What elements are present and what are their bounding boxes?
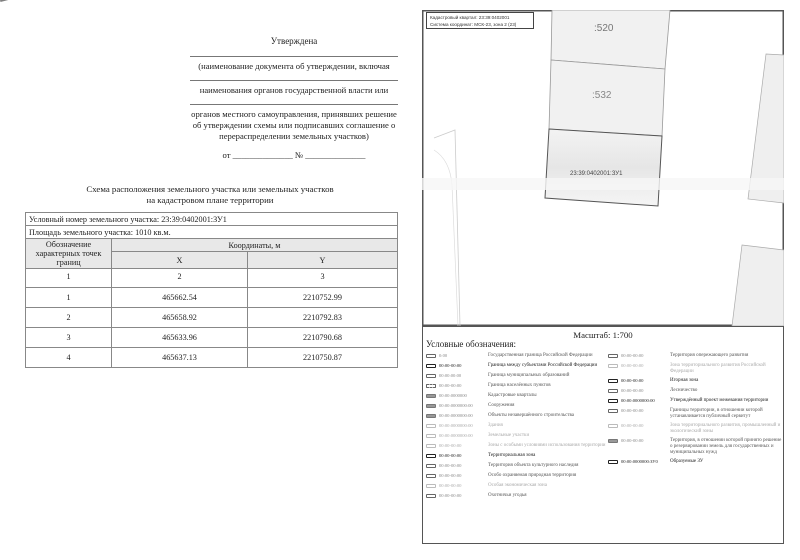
header-y: Y [247, 252, 397, 269]
legend-swatch-icon [426, 414, 436, 418]
legend-item: 00:00-00:00Игорная зона [608, 378, 783, 385]
legend-item: 0:00Государственная граница Российской Ф… [426, 353, 608, 360]
coordinates-table: Условный номер земельного участка: 23:39… [25, 212, 398, 368]
legend-item: 00:00-00:00Граница между субъектами Росс… [426, 363, 608, 370]
cell-point: 2 [26, 308, 112, 328]
table-row: 1465662.542210752.99 [26, 288, 398, 308]
column-index-row: 1 2 3 [26, 269, 398, 288]
legend-swatch-icon [608, 354, 618, 358]
index-cell: 1 [26, 269, 112, 288]
legend-code: 00:00-00:00 [621, 408, 643, 414]
legend-swatch-icon [608, 399, 618, 403]
table-row: 3465633.962210790.68 [26, 328, 398, 348]
legend-label: Земельные участки [488, 433, 529, 440]
legend-item: 00:00:0000000:00Земельные участки [426, 433, 608, 440]
legend-label: Границы территории, в отношении которой … [670, 408, 783, 420]
legend-symbol: 00:00-00:00 [426, 363, 488, 370]
legend-symbol: 00:00-00:00 [426, 443, 488, 450]
legend-symbol: 00:00:0000000:00 [426, 403, 488, 410]
legend-label: Образуемые ЗУ [670, 459, 703, 466]
legend-swatch-icon [426, 384, 436, 388]
legend-code: 00:00-00:00 [439, 463, 461, 469]
scheme-title-line-2: на кадастровом плане территории [60, 195, 360, 206]
legend-label: Сооружения [488, 403, 514, 410]
legend-label: Зона территориального развития Российско… [670, 363, 783, 375]
signature-line [190, 80, 398, 81]
legend-code: 00:00-00:00 [621, 353, 643, 359]
legend-code: 00:00:0000000:00 [439, 413, 473, 419]
index-cell: 2 [112, 269, 248, 288]
legend-label: Игорная зона [670, 378, 698, 385]
legend-swatch-icon [426, 454, 436, 458]
legend-label: Особо охраняемая природная территория [488, 473, 576, 480]
legend-swatch-icon [426, 494, 436, 498]
legend-swatch-icon [426, 464, 436, 468]
legend-code: 0:00 [439, 353, 447, 359]
parcel-520 [551, 10, 670, 69]
legend-label: Объекты незавершённого строительства [488, 413, 574, 420]
legend-symbol: 00:00-00:00 [426, 463, 488, 470]
legend-item: 00:00:0000000Кадастровые кварталы [426, 393, 608, 400]
legend-swatch-icon [608, 439, 618, 443]
legend-symbol: 00:00-00:00 [426, 383, 488, 390]
legend-item: 00:00-00:00Территория объекта культурног… [426, 463, 608, 470]
legend-item: 00:00-00:00Лесничество [608, 388, 783, 395]
legend-item: 00:00-00:00Зоны с особыми условиями испо… [426, 443, 608, 450]
parcel-520-label: :520 [594, 23, 613, 34]
legend-symbol: 00:00:0000000 [426, 393, 488, 400]
legend-item: 00:00-00:00Территориальная зона [426, 453, 608, 460]
legend-symbol: 00:00:0000000:ЗУ0 [608, 459, 670, 466]
legend-code: 00:00:0000000:00 [439, 423, 473, 429]
legend-symbol: 00:00-00:00 [426, 483, 488, 490]
legend-item: 00:00-00:00Особая экономическая зона [426, 483, 608, 490]
legend-symbol: 00:00:0000000:00 [608, 398, 670, 405]
legend-item: 00:00-00:00Охотничьи угодья [426, 493, 608, 500]
index-cell: 3 [247, 269, 397, 288]
approval-title: Утверждена [190, 36, 398, 47]
legend-label: Охотничьи угодья [488, 493, 527, 500]
legend-item: 00:00-00:00Территория, в отношении котор… [608, 438, 783, 456]
legend-swatch-icon [426, 424, 436, 428]
legend-code: 00:00-00:00 [439, 483, 461, 489]
legend-item: 00:00-00:00Границы территории, в отношен… [608, 408, 783, 420]
cell-point: 3 [26, 328, 112, 348]
legend-code: 00:00-00:00 [439, 383, 461, 389]
legend-symbol: 00:00-00:00 [608, 438, 670, 456]
legend-symbol: 0:00 [426, 353, 488, 360]
legend-code: 00:00-00:00 [621, 388, 643, 394]
conditional-number: Условный номер земельного участка: 23:39… [26, 213, 398, 226]
header-x: X [112, 252, 248, 269]
legend-swatch-icon [608, 409, 618, 413]
legend-code: 00:00-00:00 [439, 473, 461, 479]
cadastral-quarter: Кадастровый квартал: 23:39:0402001 [430, 14, 530, 21]
legend-label: Граница между субъектами Российской Феде… [488, 363, 597, 370]
legend-code: 00:00:0000000:00 [439, 403, 473, 409]
parcel-zu1-label: 23:39:0402001:ЗУ1 [570, 171, 622, 177]
cadastral-map [422, 10, 784, 326]
legend-swatch-icon [426, 364, 436, 368]
legend-swatch-icon [426, 354, 436, 358]
legend-symbol: 00:00-00:00 [608, 378, 670, 385]
legend-symbol: 00:00-00:00 [608, 388, 670, 395]
legend-code: 00:00-00:00 [621, 438, 643, 444]
header-coords: Координаты, м [112, 239, 398, 252]
legend-label: Зоны с особыми условиями использования т… [488, 443, 605, 450]
cell-x: 465658.92 [112, 308, 248, 328]
coordinate-system: Система координат: МСК-23, зона 2 (23) [430, 21, 530, 28]
legend-item: 00:00:0000000:00Объекты незавершённого с… [426, 413, 608, 420]
legend-swatch-icon [426, 434, 436, 438]
legend-panel: Масштаб: 1:700 Условные обозначения: 0:0… [422, 326, 784, 544]
legend-symbol: 00:00:0000000:00 [426, 423, 488, 430]
legend-item: 00:00-00:00Граница населённых пунктов [426, 383, 608, 390]
legend-item: 00:00-00:00Зона территориального развити… [608, 363, 783, 375]
legend-label: Государственная граница Российской Федер… [488, 353, 593, 360]
legend-symbol: 00:00-00:00 [426, 493, 488, 500]
legend-item: 00:00:0000000:00Здания [426, 423, 608, 430]
table-row: 2465658.922210792.83 [26, 308, 398, 328]
signature-line [190, 104, 398, 105]
parcel-532-label: :532 [592, 90, 611, 101]
legend-symbol: 00:00:0000000:00 [426, 413, 488, 420]
legend-symbol: 00:00:00:00 [426, 373, 488, 380]
legend-swatch-icon [608, 460, 618, 464]
legend-item: 00:00-00:00Территория опережающего разви… [608, 353, 783, 360]
legend-swatch-icon [608, 424, 618, 428]
legend-item: 00:00:0000000:00Утверждённый проект меже… [608, 398, 783, 405]
legend-label: Кадастровые кварталы [488, 393, 537, 400]
legend-label: Граница населённых пунктов [488, 383, 551, 390]
cell-point: 4 [26, 348, 112, 368]
cell-y: 2210792.83 [247, 308, 397, 328]
parcel-zu1 [545, 129, 662, 206]
scan-artifact [0, 0, 42, 14]
legend-symbol: 00:00-00:00 [608, 363, 670, 375]
cell-point: 1 [26, 288, 112, 308]
cell-y: 2210750.87 [247, 348, 397, 368]
legend-label: Лесничество [670, 388, 697, 395]
approval-date-row: от ______________ № ______________ [190, 150, 398, 161]
legend-code: 00:00:0000000 [439, 393, 467, 399]
legend-symbol: 00:00:0000000:00 [426, 433, 488, 440]
legend-code: 00:00-00:00 [439, 363, 461, 369]
legend-code: 00:00-00:00 [439, 493, 461, 499]
legend-code: 00:00-00:00 [621, 423, 643, 429]
legend-item: 00:00:0000000:ЗУ0Образуемые ЗУ [608, 459, 783, 466]
legend-column-right: 00:00-00:00Территория опережающего разви… [608, 353, 783, 469]
legend-label: Граница муниципальных образований [488, 373, 569, 380]
legend-swatch-icon [426, 474, 436, 478]
legend-label: Территория опережающего развития [670, 353, 748, 360]
scheme-title: Схема расположения земельного участка ил… [60, 184, 360, 206]
legend-title: Условные обозначения: [426, 339, 516, 349]
legend-label: Здания [488, 423, 503, 430]
legend-swatch-icon [608, 379, 618, 383]
legend-swatch-icon [426, 484, 436, 488]
legend-swatch-icon [608, 389, 618, 393]
legend-code: 00:00:0000000:00 [621, 398, 655, 404]
cell-y: 2210790.68 [247, 328, 397, 348]
legend-swatch-icon [426, 444, 436, 448]
legend-item: 00:00-00:00Особо охраняемая природная те… [426, 473, 608, 480]
legend-symbol: 00:00-00:00 [608, 423, 670, 435]
legend-label: Утверждённый проект межевания территории [670, 398, 768, 405]
approval-block: Утверждена (наименование документа об ут… [190, 36, 398, 161]
legend-code: 00:00:00:00 [439, 373, 461, 379]
legend-column-left: 0:00Государственная граница Российской Ф… [426, 353, 608, 503]
cell-x: 465662.54 [112, 288, 248, 308]
signature-line [190, 56, 398, 57]
approval-caption-1: (наименование документа об утверждении, … [190, 61, 398, 72]
table-row: 4465637.132210750.87 [26, 348, 398, 368]
legend-swatch-icon [608, 364, 618, 368]
legend-label: Территориальная зона [488, 453, 535, 460]
legend-swatch-icon [426, 394, 436, 398]
scheme-title-line-1: Схема расположения земельного участка ил… [60, 184, 360, 195]
legend-symbol: 00:00-00:00 [426, 453, 488, 460]
legend-item: 00:00:00:00Граница муниципальных образов… [426, 373, 608, 380]
approval-caption-3: органов местного самоуправления, принявш… [190, 109, 398, 142]
map-info-box: Кадастровый квартал: 23:39:0402001 Систе… [426, 12, 534, 29]
legend-swatch-icon [426, 404, 436, 408]
legend-swatch-icon [426, 374, 436, 378]
legend-code: 00:00:0000000:ЗУ0 [621, 459, 658, 465]
legend-label: Зона территориального развития, промышле… [670, 423, 783, 435]
legend-label: Территория объекта культурного наследия [488, 463, 578, 470]
parcel-area: Площадь земельного участка: 1010 кв.м. [26, 226, 398, 239]
cell-x: 465637.13 [112, 348, 248, 368]
cell-x: 465633.96 [112, 328, 248, 348]
cell-y: 2210752.99 [247, 288, 397, 308]
map-page: Кадастровый квартал: 23:39:0402001 Систе… [410, 0, 800, 560]
header-points: Обозначение характерных точек границ [26, 239, 112, 269]
legend-symbol: 00:00-00:00 [608, 353, 670, 360]
legend-label: Территория, в отношении которой принято … [670, 438, 783, 456]
legend-label: Особая экономическая зона [488, 483, 547, 490]
legend-item: 00:00-00:00Зона территориального развити… [608, 423, 783, 435]
legend-item: 00:00:0000000:00Сооружения [426, 403, 608, 410]
legend-symbol: 00:00-00:00 [608, 408, 670, 420]
legend-symbol: 00:00-00:00 [426, 473, 488, 480]
legend-code: 00:00-00:00 [439, 453, 461, 459]
legend-code: 00:00-00:00 [621, 378, 643, 384]
legend-code: 00:00-00:00 [621, 363, 643, 369]
approval-caption-2: наименования органов государственной вла… [190, 85, 398, 96]
legend-code: 00:00:0000000:00 [439, 433, 473, 439]
approval-page: Утверждена (наименование документа об ут… [0, 0, 410, 560]
legend-code: 00:00-00:00 [439, 443, 461, 449]
